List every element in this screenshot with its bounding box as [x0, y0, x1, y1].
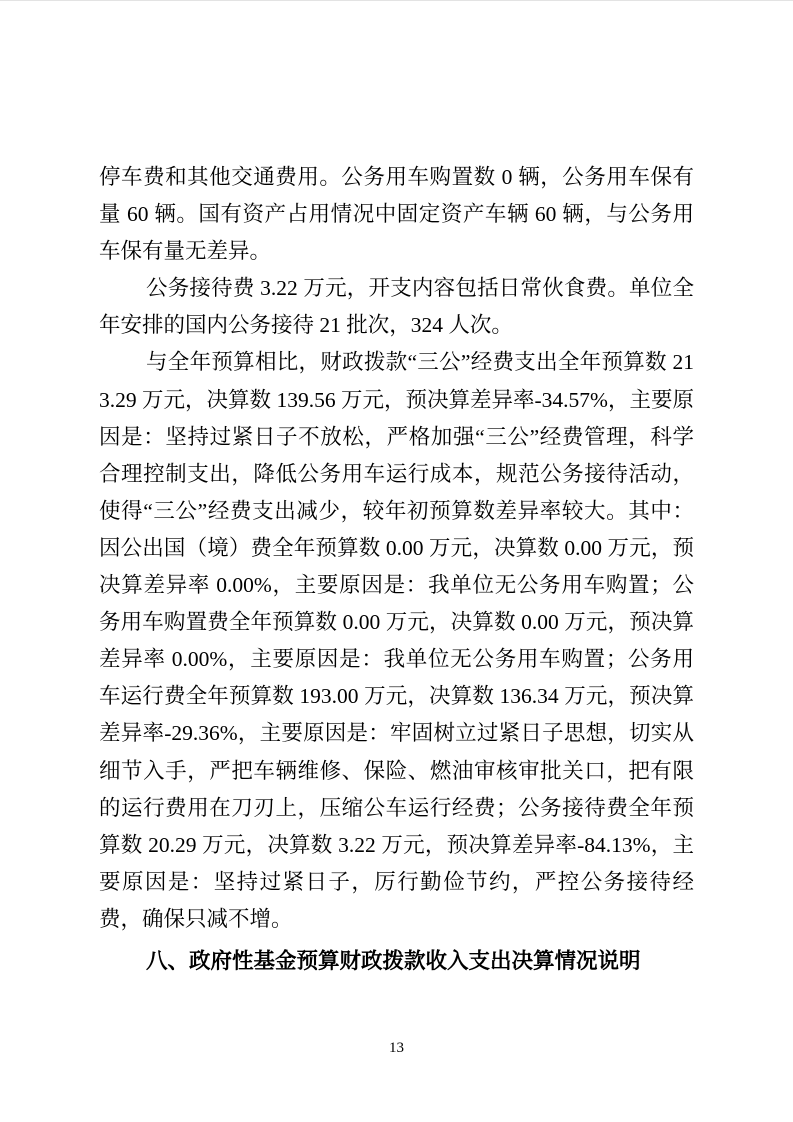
page-number: 13 [0, 1039, 793, 1057]
section-heading-government-fund: 八、政府性基金预算财政拨款收入支出决算情况说明 [99, 941, 694, 982]
paragraph-vehicle-summary: 停车费和其他交通费用。公务用车购置数 0 辆，公务用车保有量 60 辆。国有资产… [99, 159, 694, 270]
document-page: 停车费和其他交通费用。公务用车购置数 0 辆，公务用车保有量 60 辆。国有资产… [0, 0, 793, 1122]
paragraph-reception-expense: 公务接待费 3.22 万元，开支内容包括日常伙食费。单位全年安排的国内公务接待 … [99, 270, 694, 344]
paragraph-budget-comparison: 与全年预算相比，财政拨款“三公”经费支出全年预算数 213.29 万元，决算数 … [99, 344, 694, 938]
document-body: 停车费和其他交通费用。公务用车购置数 0 辆，公务用车保有量 60 辆。国有资产… [99, 159, 694, 982]
